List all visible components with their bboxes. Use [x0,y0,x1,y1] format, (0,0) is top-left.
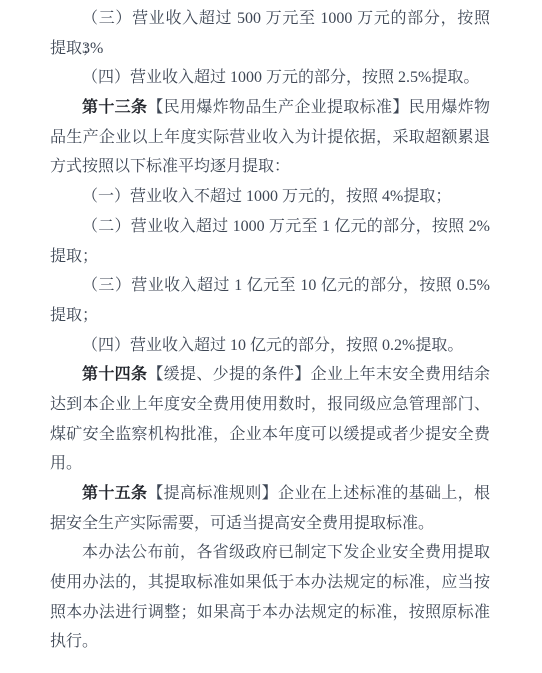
body-text: 执行。 [50,633,98,650]
text-line: （二）营业收入超过 1000 万元至 1 亿元的部分，按照 2% [50,212,490,242]
text-line: 方式按照以下标准平均逐月提取： [50,152,490,182]
text-line: 煤矿安全监察机构批准，企业本年度可以缓提或者少提安全费 [50,420,490,450]
body-text: 煤矿安全监察机构批准，企业本年度可以缓提或者少提安全费 [50,426,490,443]
body-text: 提取； [50,307,98,324]
body-text: （四）营业收入超过 1000 万元的部分，按照 2.5%提取。 [82,69,479,86]
text-line: 品生产企业以上年度实际营业收入为计提依据，采取超额累退 [50,123,490,153]
body-text: 使用办法的，其提取标准如果低于本办法规定的标准，应当按 [50,574,490,591]
text-line: 第十三条【民用爆炸物品生产企业提取标准】民用爆炸物 [50,93,490,123]
body-text: 据安全生产实际需要，可适当提高安全费用提取标准。 [50,515,434,532]
text-line: 提取； [50,34,490,64]
body-text: 【缓提、少提的条件】企业上年末安全费用结余 [147,366,490,383]
body-text: 提取； [50,248,98,265]
body-text: 本办法公布前，各省级政府已制定下发企业安全费用提取 [82,544,490,561]
text-line: 达到本企业上年度安全费用使用数时，报同级应急管理部门、 [50,390,490,420]
article-heading-text: 第十三条 [82,99,147,116]
document-page: （三）营业收入超过 500 万元至 1000 万元的部分，按照 3%提取；（四）… [0,0,542,673]
text-line: 本办法公布前，各省级政府已制定下发企业安全费用提取 [50,538,490,568]
text-line: 照本办法进行调整；如果高于本办法规定的标准，按照原标准 [50,598,490,628]
text-line: 第十四条【缓提、少提的条件】企业上年末安全费用结余 [50,360,490,390]
text-line: （三）营业收入超过 500 万元至 1000 万元的部分，按照 3% [50,4,490,34]
body-text: 方式按照以下标准平均逐月提取： [50,158,290,175]
text-line: （一）营业收入不超过 1000 万元的，按照 4%提取； [50,182,490,212]
body-text: 【提高标准规则】企业在上述标准的基础上，根 [147,485,490,502]
body-text: 提取； [50,40,98,57]
text-line: 提取； [50,242,490,272]
body-text: （四）营业收入超过 10 亿元的部分，按照 0.2%提取。 [82,337,463,354]
body-text: 达到本企业上年度安全费用使用数时，报同级应急管理部门、 [50,396,490,413]
body-text: 【民用爆炸物品生产企业提取标准】民用爆炸物 [147,99,490,116]
article-heading-text: 第十四条 [82,366,147,383]
body-text: 用。 [50,455,82,472]
text-line: 第十五条【提高标准规则】企业在上述标准的基础上，根 [50,479,490,509]
body-text: （三）营业收入超过 1 亿元至 10 亿元的部分，按照 0.5% [82,277,490,294]
text-line: （四）营业收入超过 1000 万元的部分，按照 2.5%提取。 [50,63,490,93]
article-heading-text: 第十五条 [82,485,147,502]
body-text: （一）营业收入不超过 1000 万元的，按照 4%提取； [82,188,451,205]
text-line: （四）营业收入超过 10 亿元的部分，按照 0.2%提取。 [50,331,490,361]
text-line: 用。 [50,449,490,479]
document-body: （三）营业收入超过 500 万元至 1000 万元的部分，按照 3%提取；（四）… [50,4,490,657]
body-text: 照本办法进行调整；如果高于本办法规定的标准，按照原标准 [50,604,490,621]
text-line: 据安全生产实际需要，可适当提高安全费用提取标准。 [50,509,490,539]
body-text: 品生产企业以上年度实际营业收入为计提依据，采取超额累退 [50,129,490,146]
text-line: 执行。 [50,627,490,657]
body-text: （二）营业收入超过 1000 万元至 1 亿元的部分，按照 2% [82,218,490,235]
text-line: （三）营业收入超过 1 亿元至 10 亿元的部分，按照 0.5% [50,271,490,301]
text-line: 使用办法的，其提取标准如果低于本办法规定的标准，应当按 [50,568,490,598]
text-line: 提取； [50,301,490,331]
